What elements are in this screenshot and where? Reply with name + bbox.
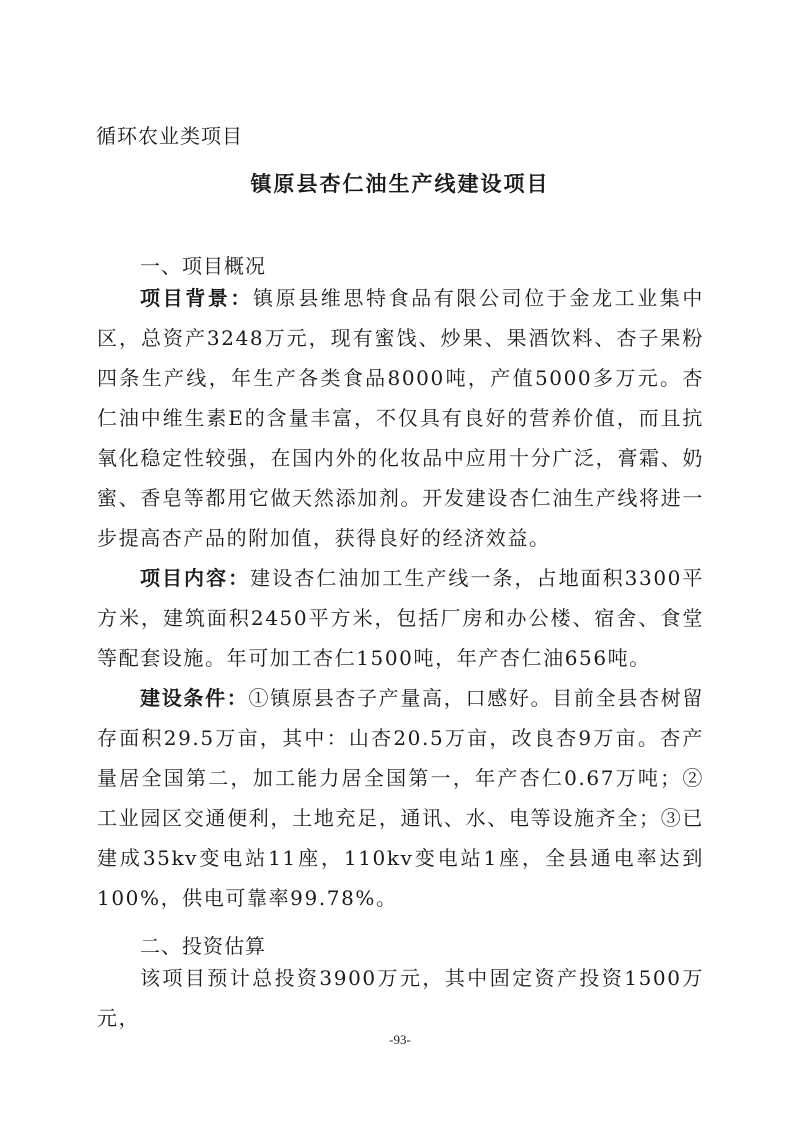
paragraph-text: 该项目预计总投资3900万元，其中固定资产投资1500万元，: [97, 966, 704, 1030]
project-category: 循环农业类项目: [96, 120, 243, 149]
section-heading-overview: 一、项目概况: [140, 250, 266, 279]
section-heading-investment: 二、投资估算: [140, 930, 266, 959]
paragraph-lead: 项目背景：: [140, 286, 253, 310]
paragraph-lead: 项目内容：: [140, 566, 250, 590]
paragraph-background: 项目背景：镇原县维思特食品有限公司位于金龙工业集中区，总资产3248万元，现有蜜…: [97, 278, 704, 558]
paragraph-conditions: 建设条件：①镇原县杏子产量高，口感好。目前全县杏树留存面积29.5万亩，其中：山…: [97, 678, 704, 918]
paragraph-content: 项目内容：建设杏仁油加工生产线一条，占地面积3300平方米，建筑面积2450平方…: [97, 558, 704, 678]
document-page: 循环农业类项目 镇原县杏仁油生产线建设项目 一、项目概况 项目背景：镇原县维思特…: [0, 0, 800, 1131]
document-title: 镇原县杏仁油生产线建设项目: [0, 168, 800, 198]
paragraph-investment: 该项目预计总投资3900万元，其中固定资产投资1500万元，: [97, 958, 704, 1038]
page-number: -93-: [0, 1032, 800, 1048]
paragraph-lead: 建设条件：: [140, 686, 248, 710]
paragraph-text: ①镇原县杏子产量高，口感好。目前全县杏树留存面积29.5万亩，其中：山杏20.5…: [97, 686, 704, 910]
paragraph-text: 镇原县维思特食品有限公司位于金龙工业集中区，总资产3248万元，现有蜜饯、炒果、…: [97, 286, 704, 550]
